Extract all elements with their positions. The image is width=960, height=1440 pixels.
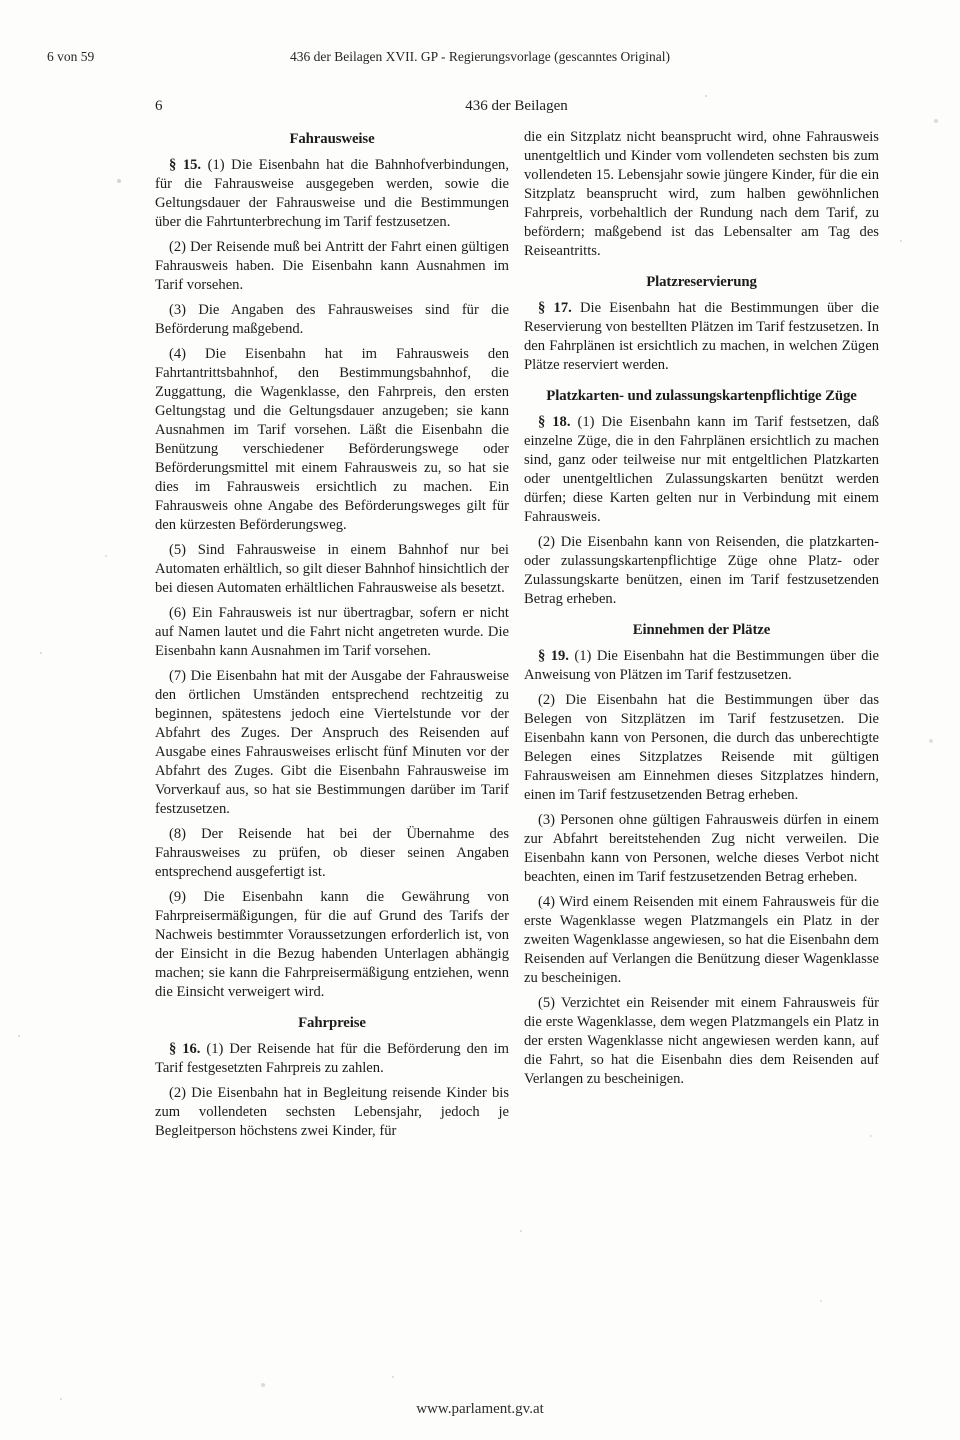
paragraph-text: (6) Ein Fahrausweis ist nur übertragbar,…: [155, 605, 509, 659]
paragraph-text: (9) Die Eisenbahn kann die Gewährung von…: [155, 889, 509, 1000]
law-paragraph-15-9: (9) Die Eisenbahn kann die Gewährung von…: [155, 888, 509, 1002]
scanned-document-page: 6 von 59 436 der Beilagen XVII. GP - Reg…: [0, 0, 960, 1440]
section-number: § 19.: [538, 648, 569, 664]
paragraph-text: (7) Die Eisenbahn hat mit der Ausgabe de…: [155, 668, 509, 817]
section-number: § 15.: [169, 157, 201, 173]
law-paragraph-18-1: § 18. (1) Die Eisenbahn kann im Tarif fe…: [524, 413, 879, 527]
section-heading-platzkarten: Platzkarten- und zulassungskartenpflicht…: [524, 387, 879, 406]
section-number: § 16.: [169, 1041, 200, 1057]
paragraph-text: (1) Die Eisenbahn hat die Bahnhofverbind…: [155, 157, 509, 230]
paragraph-text: (1) Die Eisenbahn hat die Bestimmungen ü…: [524, 648, 879, 683]
running-title: 436 der Beilagen: [155, 98, 878, 115]
paragraph-text: (4) Wird einem Reisenden mit einem Fahra…: [524, 894, 879, 986]
law-paragraph-15-7: (7) Die Eisenbahn hat mit der Ausgabe de…: [155, 667, 509, 819]
law-paragraph-19-1: § 19. (1) Die Eisenbahn hat die Bestimmu…: [524, 647, 879, 685]
scan-noise-specks: [0, 0, 2, 2]
paragraph-text: (3) Personen ohne gültigen Fahrausweis d…: [524, 812, 879, 885]
left-column: Fahrausweise § 15. (1) Die Eisenbahn hat…: [155, 128, 509, 1147]
paragraph-text: Die Eisenbahn hat die Bestimmungen über …: [524, 300, 879, 373]
paragraph-text: (2) Die Eisenbahn hat die Bestimmungen ü…: [524, 692, 879, 803]
law-paragraph-15-4: (4) Die Eisenbahn hat im Fahrausweis den…: [155, 345, 509, 535]
law-paragraph-15-5: (5) Sind Fahrausweise in einem Bahnhof n…: [155, 541, 509, 598]
paragraph-text: (2) Der Reisende muß bei Antritt der Fah…: [155, 239, 509, 293]
paragraph-text: (5) Verzichtet ein Reisender mit einem F…: [524, 995, 879, 1087]
footer-url: www.parlament.gv.at: [0, 1401, 960, 1418]
law-paragraph-15-3: (3) Die Angaben des Fahrausweises sind f…: [155, 301, 509, 339]
law-paragraph-19-5: (5) Verzichtet ein Reisender mit einem F…: [524, 994, 879, 1089]
law-paragraph-15-8: (8) Der Reisende hat bei der Übernahme d…: [155, 825, 509, 882]
right-column: die ein Sitzplatz nicht beansprucht wird…: [524, 128, 879, 1147]
paragraph-text: (1) Der Reisende hat für die Beförderung…: [155, 1041, 509, 1076]
section-number: § 17.: [538, 300, 572, 316]
paragraph-text: (8) Der Reisende hat bei der Übernahme d…: [155, 826, 509, 880]
law-paragraph-19-2: (2) Die Eisenbahn hat die Bestimmungen ü…: [524, 691, 879, 805]
law-paragraph-19-4: (4) Wird einem Reisenden mit einem Fahra…: [524, 893, 879, 988]
section-number: § 18.: [538, 414, 571, 430]
scan-header: 6 von 59 436 der Beilagen XVII. GP - Reg…: [0, 49, 960, 67]
law-paragraph-16-2-continuation: die ein Sitzplatz nicht beansprucht wird…: [524, 128, 879, 261]
law-paragraph-16-2: (2) Die Eisenbahn hat in Begleitung reis…: [155, 1084, 509, 1141]
paragraph-text: (4) Die Eisenbahn hat im Fahrausweis den…: [155, 346, 509, 533]
law-paragraph-15-1: § 15. (1) Die Eisenbahn hat die Bahnhofv…: [155, 156, 509, 232]
section-heading-fahrausweise: Fahrausweise: [155, 130, 509, 149]
running-header: 6 436 der Beilagen: [155, 98, 878, 115]
section-heading-einnehmen: Einnehmen der Plätze: [524, 621, 879, 640]
paragraph-text: (5) Sind Fahrausweise in einem Bahnhof n…: [155, 542, 509, 596]
section-heading-fahrpreise: Fahrpreise: [155, 1014, 509, 1033]
paragraph-text: (2) Die Eisenbahn hat in Begleitung reis…: [155, 1085, 509, 1139]
paragraph-text: (1) Die Eisenbahn kann im Tarif festsetz…: [524, 414, 879, 525]
law-paragraph-15-2: (2) Der Reisende muß bei Antritt der Fah…: [155, 238, 509, 295]
paragraph-text: (3) Die Angaben des Fahrausweises sind f…: [155, 302, 509, 337]
paragraph-text: die ein Sitzplatz nicht beansprucht wird…: [524, 129, 879, 259]
law-paragraph-17: § 17. Die Eisenbahn hat die Bestimmungen…: [524, 299, 879, 375]
two-column-body: Fahrausweise § 15. (1) Die Eisenbahn hat…: [155, 128, 879, 1147]
document-title: 436 der Beilagen XVII. GP - Regierungsvo…: [0, 49, 960, 65]
section-heading-platzreservierung: Platzreservierung: [524, 273, 879, 292]
law-paragraph-19-3: (3) Personen ohne gültigen Fahrausweis d…: [524, 811, 879, 887]
law-paragraph-18-2: (2) Die Eisenbahn kann von Reisenden, di…: [524, 533, 879, 609]
paragraph-text: (2) Die Eisenbahn kann von Reisenden, di…: [524, 534, 879, 607]
page-number: 6: [155, 98, 163, 115]
law-paragraph-16-1: § 16. (1) Der Reisende hat für die Beför…: [155, 1040, 509, 1078]
law-paragraph-15-6: (6) Ein Fahrausweis ist nur übertragbar,…: [155, 604, 509, 661]
